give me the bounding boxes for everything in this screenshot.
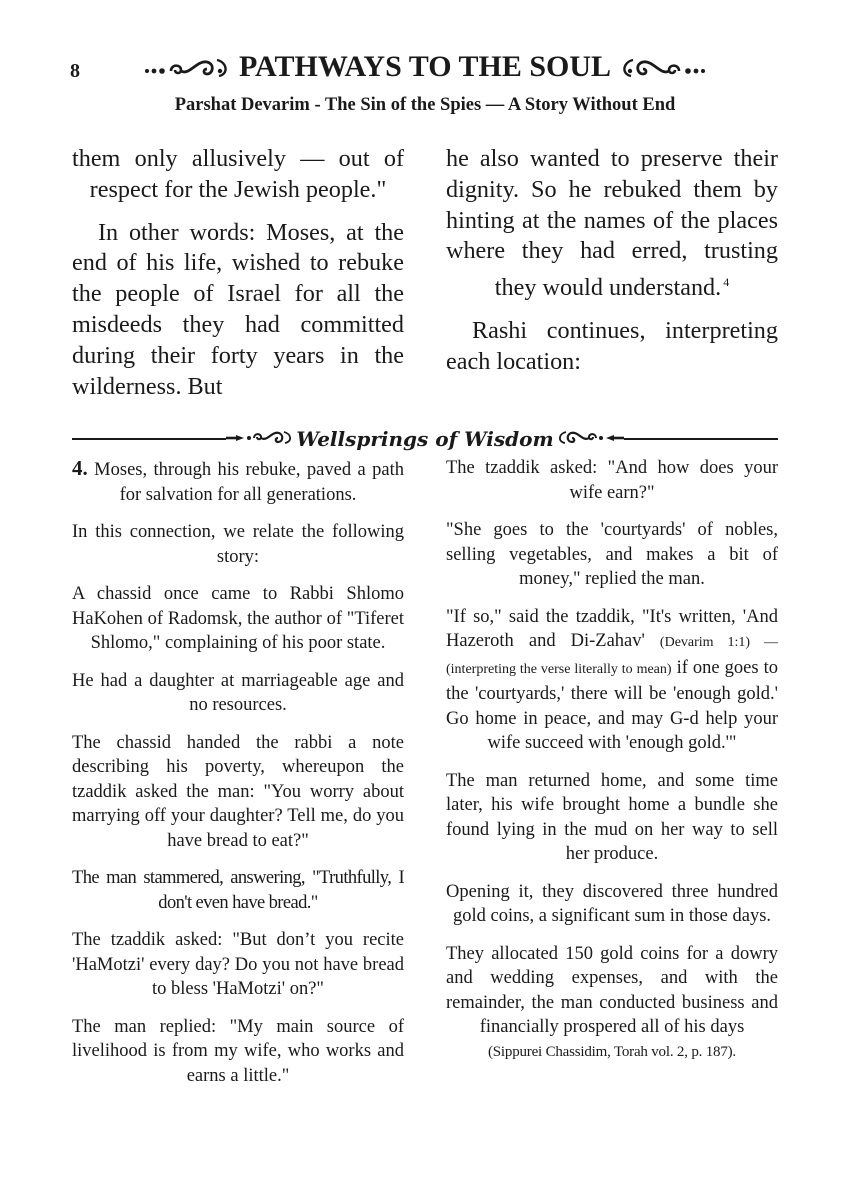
footnote-paragraph: 4. Moses, through his rebuke, paved a pa… [72, 456, 404, 507]
paragraph: The man replied: "My main source of live… [72, 1015, 404, 1089]
paragraph: Opening it, they discovered three hundre… [446, 880, 778, 929]
scroll-ornament-right-icon [617, 54, 709, 80]
divider-rule-left [72, 438, 226, 439]
paragraph: He had a daughter at marriageable age an… [72, 669, 404, 718]
paragraph: "If so," said the tzaddik, "It's written… [446, 605, 778, 756]
paragraph: In this connection, we relate the follow… [72, 520, 404, 569]
paragraph: The tzaddik asked: "And how does your wi… [446, 456, 778, 505]
wellsprings-left-column: 4. Moses, through his rebuke, paved a pa… [72, 456, 404, 1101]
wellsprings-section: 4. Moses, through his rebuke, paved a pa… [72, 456, 778, 1101]
running-title: PATHWAYS TO THE SOUL [130, 50, 720, 84]
running-title-text: PATHWAYS TO THE SOUL [239, 50, 611, 84]
paragraph: them only allusively — out of respect fo… [72, 144, 404, 206]
footnote-marker[interactable]: 4 [723, 275, 729, 289]
main-text: them only allusively — out of respect fo… [72, 144, 778, 414]
paragraph: The man stammered, answering, "Truthfull… [72, 866, 404, 915]
paragraph: In other words: Moses, at the end of his… [72, 218, 404, 403]
paragraph: Rashi continues, interpreting each locat… [446, 316, 778, 378]
divider-label: Wellsprings of Wisdom [226, 427, 623, 451]
section-divider: Wellsprings of Wisdom [72, 426, 778, 452]
scroll-ornament-left-icon [226, 427, 292, 451]
scroll-ornament-right-icon [558, 427, 624, 451]
scroll-ornament-left-icon [141, 54, 233, 80]
source-citation: (Sippurei Chassidim, Torah vol. 2, p. 18… [446, 1040, 778, 1065]
paragraph: The chassid handed the rabbi a note desc… [72, 731, 404, 854]
page-number: 8 [70, 60, 80, 83]
footnote-number: 4. [72, 456, 88, 480]
chapter-subtitle: Parshat Devarim - The Sin of the Spies —… [70, 95, 780, 116]
footnote-text: Moses, through his rebuke, paved a path … [88, 460, 404, 505]
divider-rule-right [624, 438, 778, 439]
wellsprings-right-column: The tzaddik asked: "And how does your wi… [446, 456, 778, 1101]
paragraph-text: They allocated 150 gold coins for a dowr… [446, 944, 778, 1038]
paragraph: They allocated 150 gold coins for a dowr… [446, 942, 778, 1065]
paragraph: The tzaddik asked: "But don’t you recite… [72, 928, 404, 1002]
main-right-column: he also wanted to preserve their dignity… [446, 144, 778, 414]
paragraph: The man returned home, and some time lat… [446, 769, 778, 867]
main-left-column: them only allusively — out of respect fo… [72, 144, 404, 414]
paragraph: "She goes to the 'courtyards' of nobles,… [446, 518, 778, 592]
paragraph: A chassid once came to Rabbi Shlomo HaKo… [72, 582, 404, 656]
paragraph: he also wanted to preserve their dignity… [446, 144, 778, 304]
divider-title: Wellsprings of Wisdom [296, 427, 553, 451]
